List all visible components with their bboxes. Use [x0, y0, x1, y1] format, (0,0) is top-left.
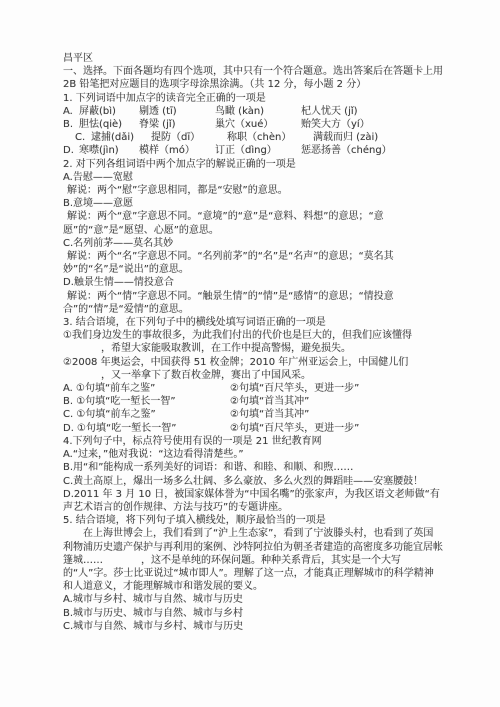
- option-col1: B. ①句填“吃一堑长一智”: [63, 395, 230, 408]
- option: B.城市与历史、城市与自然、城市与乡村: [63, 607, 443, 620]
- word-pinyin-item: 模样（mó）: [139, 144, 215, 157]
- question-stem: 4.下列句子中，标点符号使用有误的一项是 21 世纪教育网: [63, 435, 443, 448]
- scanned-exam-page: 昌平区 一、选择。下面各题均有四个选项，其中只有一个符合题意。选出答案后在答题卡…: [0, 0, 500, 707]
- text-segment: C.城市与自然、城市与乡村、城市与历史: [63, 621, 243, 632]
- word-pinyin-item: 称职（chèn）: [227, 131, 313, 144]
- question-stem: 2. 对下列各组词语中两个加点字的解说正确的一项是: [63, 158, 443, 171]
- text-segment: B.用“和”能构成一系列美好的词语：和谐、和睦、和顺、和煦……: [63, 462, 353, 473]
- text-segment: 1. 下列词语中加点字的读音完全正确的一项是: [63, 93, 266, 104]
- option-col2: ②句填“首当其冲”: [230, 395, 443, 408]
- question: 5. 结合语境，将下列句子填入横线处，顺序最恰当的一项是在上海世博会上，我们看到…: [63, 514, 443, 633]
- section-instruction: 一、选择。下面各题均有四个选项，其中只有一个符合题意。选出答案后在答题卡上用 2…: [63, 65, 443, 91]
- word-pinyin-item: 寒噤(jìn): [79, 144, 139, 157]
- text-segment: B.城市与历史、城市与自然、城市与乡村: [63, 608, 243, 619]
- option-col2: ②句填“百尺竿头，更进一步”: [230, 382, 443, 395]
- question-stem: 5. 结合语境，将下列句子填入横线处，顺序最恰当的一项是: [63, 514, 443, 527]
- word-pinyin-item: 满载而归 (zài): [313, 131, 443, 144]
- word-pinyin-item: 订正（dìng）: [215, 144, 301, 157]
- question: 2. 对下列各组词语中两个加点字的解说正确的一项是A.告慰——宽慰解说：两个“慰…: [63, 158, 443, 316]
- option-col1: C. ①句填“前车之鉴”: [63, 408, 230, 421]
- word-pinyin-item: 胆怯(qiè): [79, 118, 139, 131]
- text-segment: 解说：两个“慰”字意思相同，都是“安慰”的意思。: [67, 185, 288, 196]
- question: 3. 结合语境，在下列句子中的横线处填写词语正确的一项是①我们身边发生的事故很多…: [63, 316, 443, 435]
- district-title: 昌平区: [63, 52, 443, 65]
- option-row: C. ①句填“前车之鉴”②句填“首当其冲”: [63, 408, 443, 421]
- text-segment: 2. 对下列各组词语中两个加点字的解说正确的一项是: [63, 159, 296, 170]
- option-col2: ②句填“百尺竿头，更进一步”: [230, 422, 443, 435]
- option: A.城市与乡村、城市与自然、城市与历史: [63, 593, 443, 606]
- word-pinyin-item: 逮捕(dǎi): [91, 131, 151, 144]
- option-row: A.屏蔽(bì)剔透 (tī)鸟瞰 (kàn)杞人忧天 (jǐ): [63, 105, 443, 118]
- word-pinyin-item: 脊梁 (jǐ): [139, 118, 215, 131]
- word-pinyin-item: 鸟瞰 (kàn): [215, 105, 301, 118]
- text-segment: 3. 结合语境，在下列句子中的横线处填写词语正确的一项是: [63, 317, 326, 328]
- question: 4.下列句子中，标点符号使用有误的一项是 21 世纪教育网A.“过来，”他对我说…: [63, 435, 443, 514]
- context-paragraph: ②2008 年奥运会，中国获得 51 枚金牌；2010 年广州亚运会上，中国健儿…: [63, 356, 443, 382]
- word-pinyin-item: 提防（dī）: [151, 131, 227, 144]
- text-segment: 5. 结合语境，将下列句子填入横线处，顺序最恰当的一项是: [63, 515, 326, 526]
- option-row: A. ①句填“前车之鉴”②句填“百尺竿头，更进一步”: [63, 382, 443, 395]
- text-segment: A.告慰——宽慰: [63, 172, 133, 183]
- option-col1: D. ①句填“吃一堑长一智”: [63, 422, 230, 435]
- word-pinyin-item: 屏蔽(bì): [79, 105, 139, 118]
- context-paragraph: ①我们身边发生的事故很多，为此我们付出的代价也是巨大的，但我们应该懂得，希望大家…: [63, 329, 443, 355]
- text-segment: ，这不是单纯的环保问题。种种关系背后，其实是一个大写的“人”字。莎士比亚说过“城…: [63, 555, 434, 592]
- questions: 1. 下列词语中加点字的读音完全正确的一项是A.屏蔽(bì)剔透 (tī)鸟瞰 …: [63, 92, 443, 633]
- option-pair: B.意境——意愿: [63, 197, 443, 210]
- text-segment: ，又一举拿下了数百枚金牌，赛出了中国风采。: [101, 370, 311, 381]
- text-segment: 解说：两个“名”字意思不同。“名列前茅”的“名”是“名声”的意思；“莫名其妙”的…: [63, 251, 394, 275]
- option-explanation: 解说：两个“慰”字意思相同，都是“安慰”的意思。: [63, 184, 443, 197]
- question-stem: 1. 下列词语中加点字的读音完全正确的一项是: [63, 92, 443, 105]
- option-row: D.寒噤(jìn)模样（mó）订正（dìng）惩恶扬善（chéng）: [63, 144, 443, 157]
- text-segment: 4.下列句子中，标点符号使用有误的一项是: [63, 436, 253, 447]
- question-stem: 3. 结合语境，在下列句子中的横线处填写词语正确的一项是: [63, 316, 443, 329]
- option-label: B.: [63, 118, 79, 131]
- option-explanation: 解说：两个“情”字意思不同。“触景生情”的“情”是“感情”的意思；“情投意合”的…: [63, 290, 443, 316]
- word-pinyin-item: 巢穴（xué）: [215, 118, 301, 131]
- text-segment: ②2008 年奥运会，中国获得 51 枚金牌；2010 年广州亚运会上，中国健儿…: [63, 357, 408, 368]
- word-pinyin-item: 贻笑大方（yí）: [301, 118, 443, 131]
- option-explanation: 解说：两个“意”字意思不同。“意境”的“意”是“意料、料想”的意思；“意愿”的“…: [63, 210, 443, 236]
- text-segment: A.“过来，”他对我说：“这边看得清楚些。”: [63, 449, 244, 460]
- option-row: D. ①句填“吃一堑长一智”②句填“百尺竿头，更进一步”: [63, 422, 443, 435]
- option: A.“过来，”他对我说：“这边看得清楚些。”: [63, 448, 443, 461]
- option-row: B. ①句填“吃一堑长一智”②句填“首当其冲”: [63, 395, 443, 408]
- option-label: A.: [63, 105, 79, 118]
- word-pinyin-item: 剔透 (tī): [139, 105, 215, 118]
- text-segment: C.名列前茅——莫名其妙: [63, 238, 173, 249]
- text-segment: A.城市与乡村、城市与自然、城市与历史: [63, 594, 243, 605]
- text-segment: 解说：两个“意”字意思不同。“意境”的“意”是“意料、料想”的意思；“意愿”的“…: [63, 211, 384, 235]
- option-col1: A. ①句填“前车之鉴”: [63, 382, 230, 395]
- option-pair: A.告慰——宽慰: [63, 171, 443, 184]
- option-label: D.: [63, 144, 79, 157]
- option: B.用“和”能构成一系列美好的词语：和谐、和睦、和顺、和煦……: [63, 461, 443, 474]
- text-segment: B.意境——意愿: [63, 198, 133, 209]
- option-pair: D.触景生情——情投意合: [63, 276, 443, 289]
- text-segment: 解说：两个“情”字意思不同。“触景生情”的“情”是“感情”的意思；“情投意合”的…: [63, 291, 394, 315]
- option: C.黄土高原上，爆出一场多么壮阔、多么豪放、多么火烈的舞蹈哇——安塞腰鼓！: [63, 475, 443, 488]
- question: 1. 下列词语中加点字的读音完全正确的一项是A.屏蔽(bì)剔透 (tī)鸟瞰 …: [63, 92, 443, 158]
- option-pair: C.名列前茅——莫名其妙: [63, 237, 443, 250]
- option: D.2011 年 3 月 10 日，被国家媒体誉为“中国名嘴”的张家声，为我区语…: [63, 488, 443, 514]
- option-col2: ②句填“首当其冲”: [230, 408, 443, 421]
- text-segment: C.黄土高原上，爆出一场多么壮阔、多么豪放、多么火烈的舞蹈哇——安塞腰鼓！: [63, 476, 423, 487]
- option-explanation: 解说：两个“名”字意思不同。“名列前茅”的“名”是“名声”的意思；“莫名其妙”的…: [63, 250, 443, 276]
- option-row: C.逮捕(dǎi)提防（dī）称职（chèn）满载而归 (zài): [63, 131, 443, 144]
- text-segment: D.触景生情——情投意合: [63, 277, 174, 288]
- text-segment: ①我们身边发生的事故很多，为此我们付出的代价也是巨大的，但我们应该懂得: [63, 330, 412, 341]
- word-pinyin-item: 惩恶扬善（chéng）: [301, 144, 443, 157]
- option: C.城市与自然、城市与乡村、城市与历史: [63, 620, 443, 633]
- text-segment: ，希望大家能吸取教训，在工作中提高警惕，避免损失。: [101, 343, 351, 354]
- document-body: 昌平区 一、选择。下面各题均有四个选项，其中只有一个符合题意。选出答案后在答题卡…: [63, 52, 443, 633]
- context-paragraph: 在上海世博会上，我们看到了“沪上生态家”，看到了宁波滕头村，也看到了英国利物浦历…: [63, 527, 443, 593]
- option-label: C.: [75, 131, 91, 144]
- text-segment: D.2011 年 3 月 10 日，被国家媒体誉为“中国名嘴”的张家声，为我区语…: [63, 489, 440, 513]
- watermark: 21 世纪教育网: [253, 436, 322, 447]
- option-row: B.胆怯(qiè)脊梁 (jǐ)巢穴（xué）贻笑大方（yí）: [63, 118, 443, 131]
- word-pinyin-item: 杞人忧天 (jǐ): [301, 105, 443, 118]
